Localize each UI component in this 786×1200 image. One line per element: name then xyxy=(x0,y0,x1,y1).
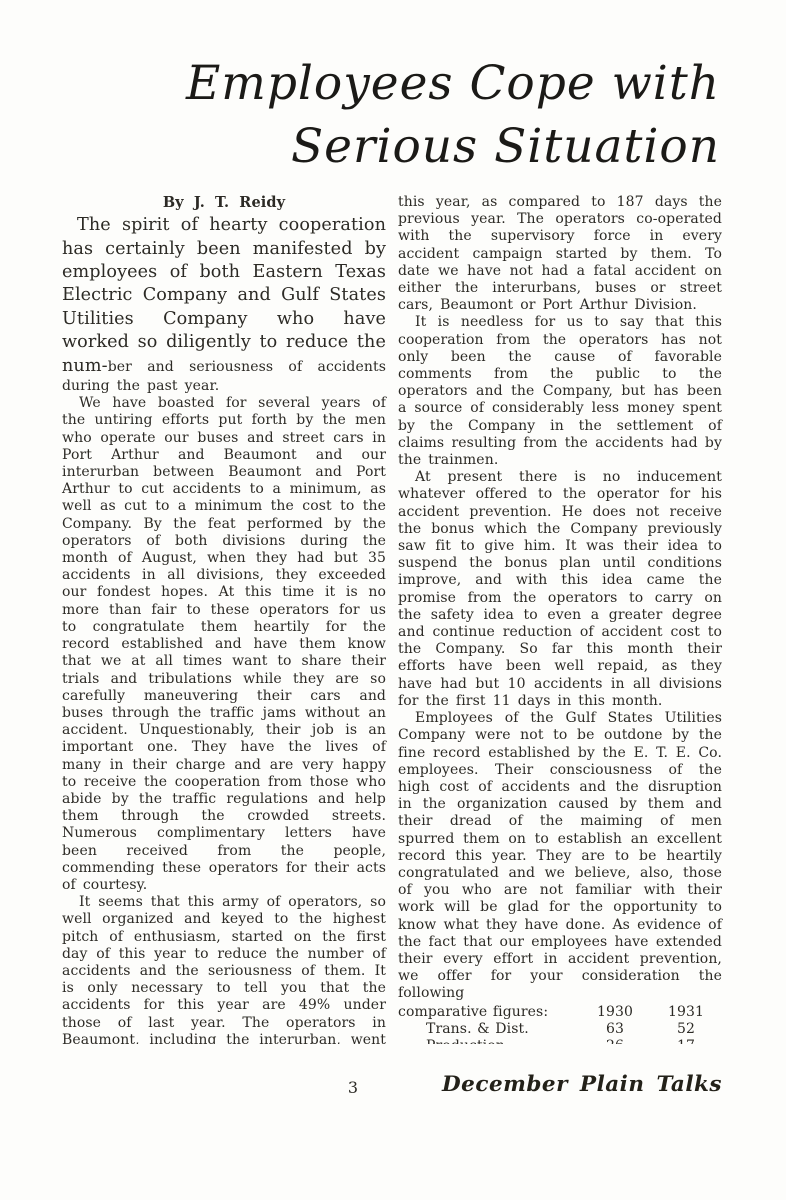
right-column: this year, as compared to 187 days the p… xyxy=(398,194,722,1044)
figures-row-label: Production xyxy=(398,1038,580,1044)
left-column: By J. T. Reidy The spirit of hearty coop… xyxy=(62,194,386,1044)
article-title-line2: Serious Situation xyxy=(0,115,720,178)
figures-value-1930: 63 xyxy=(580,1021,650,1038)
article-title: Employees Cope with Serious Situation xyxy=(0,0,786,178)
figures-value-1931: 17 xyxy=(650,1038,722,1044)
paragraph: Employees of the Gulf States Utilities C… xyxy=(398,710,722,1002)
intro-paragraph-small-type: ber and seriousness of accidents during … xyxy=(62,359,386,394)
table-row: Trans. & Dist. 63 52 xyxy=(398,1021,722,1038)
intro-paragraph: The spirit of hearty cooperation has cer… xyxy=(62,214,386,395)
figures-value-1931: 52 xyxy=(650,1021,722,1038)
paragraph: It seems that this army of operators, so… xyxy=(62,894,386,1044)
table-row: Production 26 17 xyxy=(398,1038,722,1044)
page-footer: 3 December Plain Talks xyxy=(62,1072,722,1106)
figures-value-1930: 26 xyxy=(580,1038,650,1044)
figures-year-header-1930: 1930 xyxy=(580,1004,650,1021)
paragraph-continuation: this year, as compared to 187 days the p… xyxy=(398,194,722,314)
article-title-line1: Employees Cope with xyxy=(0,52,720,115)
article-body: By J. T. Reidy The spirit of hearty coop… xyxy=(0,178,786,1044)
paragraph: It is needless for us to say that this c… xyxy=(398,314,722,469)
paragraph: We have boasted for several years of the… xyxy=(62,395,386,894)
figures-intro-label: comparative figures: xyxy=(398,1004,580,1021)
intro-paragraph-large-type: The spirit of hearty cooperation has cer… xyxy=(62,215,386,375)
publication-name: December Plain Talks xyxy=(442,1072,722,1097)
figures-row-label: Trans. & Dist. xyxy=(398,1021,580,1038)
comparative-figures-table: comparative figures: 1930 1931 Trans. & … xyxy=(398,1004,722,1044)
figures-year-header-1931: 1931 xyxy=(650,1004,722,1021)
byline: By J. T. Reidy xyxy=(62,194,386,211)
paragraph: At present there is no inducement whatev… xyxy=(398,469,722,710)
magazine-page: Employees Cope with Serious Situation By… xyxy=(0,0,786,1200)
figures-header-row: comparative figures: 1930 1931 xyxy=(398,1004,722,1021)
